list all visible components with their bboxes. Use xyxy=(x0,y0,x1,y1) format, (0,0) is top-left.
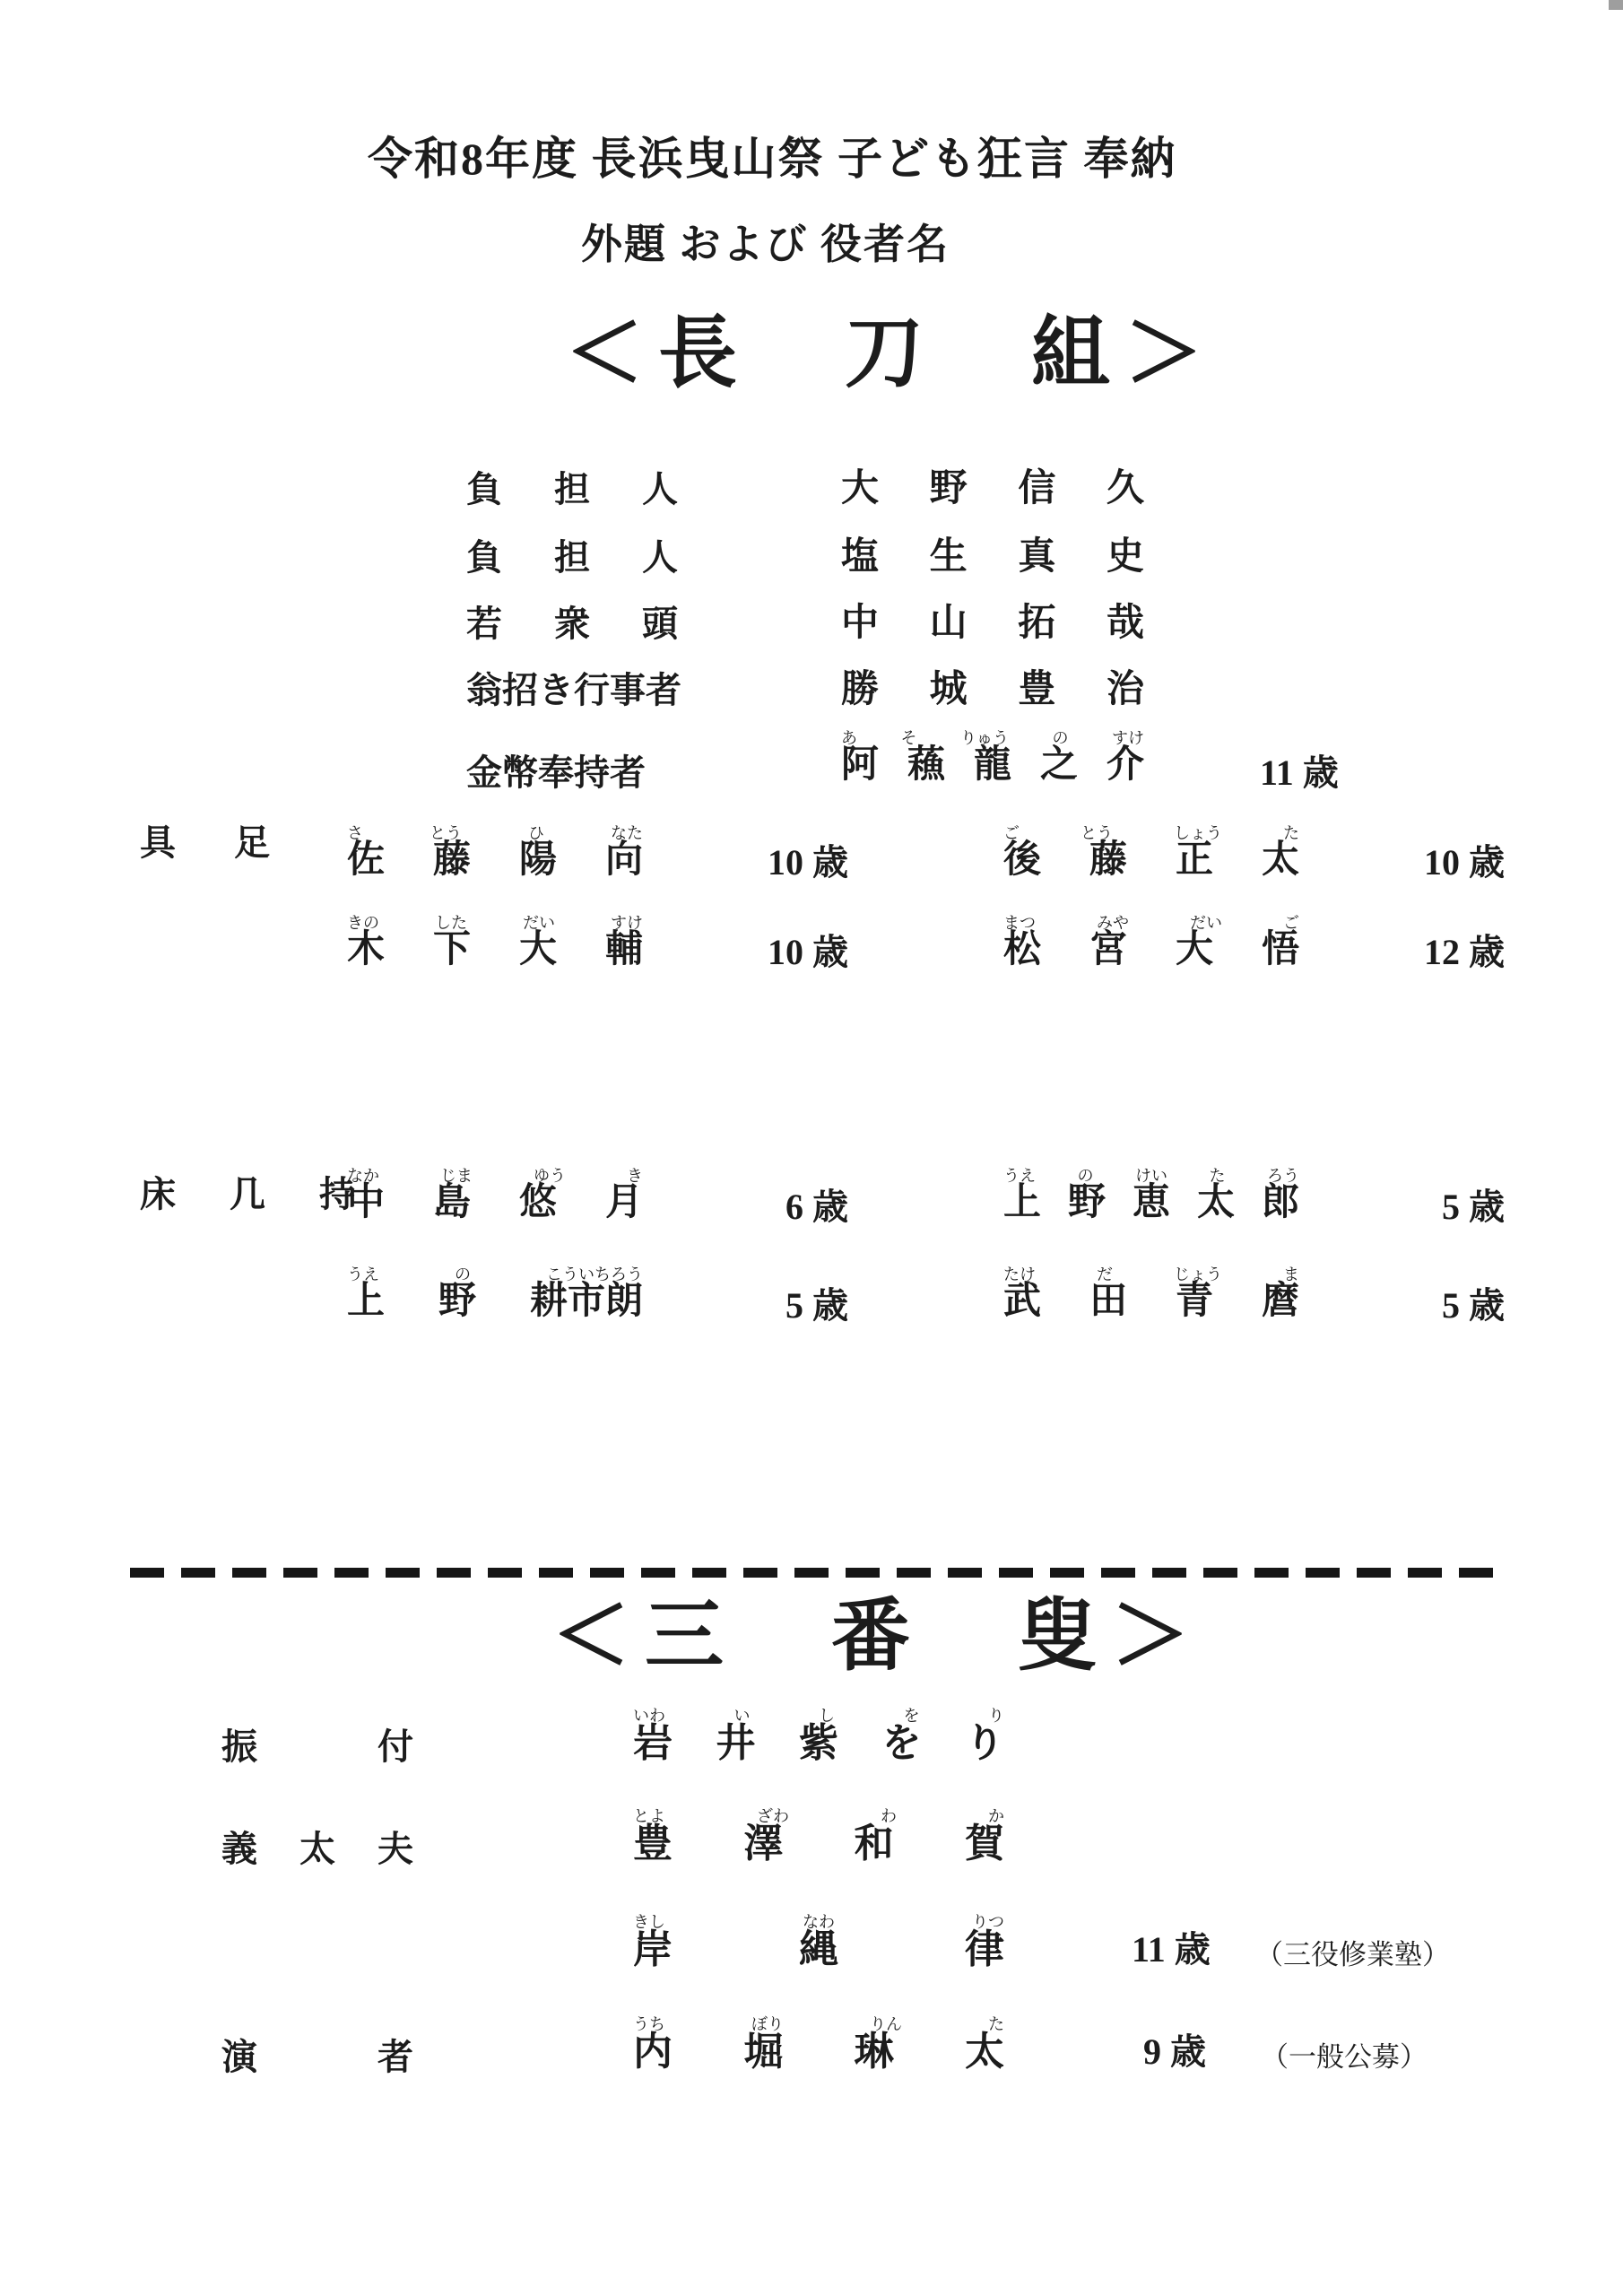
section-label-shogi: 床 几 持 xyxy=(140,1177,355,1213)
furigana: とよ ざわ わ か xyxy=(633,1801,1004,1824)
officer-role: 負 担 人 xyxy=(466,472,678,508)
group-heading-naginata: ＜長 刀 組＞ xyxy=(565,316,1218,395)
age-label: 5 歳 xyxy=(1374,1288,1505,1324)
cast-entry: なか じま ゆう き 中 島 悠 月 xyxy=(347,1161,643,1222)
cast-name: 岸 縄 律 xyxy=(633,1930,1004,1970)
role-label-furitsuke: 振 付 xyxy=(221,1729,413,1765)
cast-entry: ご とう しょう た 後 藤 正 太 xyxy=(1003,818,1299,879)
furigana: たけ だ じょう ま xyxy=(1003,1259,1299,1283)
furigana: ご とう しょう た xyxy=(1003,818,1299,841)
age-label: 9 歳 xyxy=(1143,2034,1206,2070)
cast-name: 佐 藤 陽 向 xyxy=(347,841,643,879)
scan-artifact xyxy=(1609,0,1623,10)
officer-name: 阿 蘓 龍 之 介 xyxy=(841,746,1144,784)
furigana: うえ の けい た ろう xyxy=(1003,1161,1299,1184)
furigana: うち ぼり りん た xyxy=(633,2009,1004,2032)
cast-entry: まつ みや だい ご 松 宮 大 悟 xyxy=(1003,908,1299,969)
document-title: 令和8年度 長浜曳山祭 子ども狂言 奉納 xyxy=(368,136,1177,181)
age-label: 10 歳 xyxy=(717,845,848,881)
cast-entry: うえ の こういちろう 上 野 耕市朗 xyxy=(347,1259,643,1320)
cast-entry: きし なわ りつ 岸 縄 律 xyxy=(633,1907,1004,1970)
cast-name: 上 野 耕市朗 xyxy=(347,1283,643,1320)
cast-name: 豊 澤 和 賀 xyxy=(633,1824,1004,1864)
age-label: 5 歳 xyxy=(1374,1189,1505,1225)
cast-name: 上 野 恵 太 郎 xyxy=(1003,1184,1299,1222)
age-label: 10 歳 xyxy=(717,935,848,970)
cast-name: 木 下 大 輔 xyxy=(347,931,643,969)
cast-name: 内 堀 琳 太 xyxy=(633,2032,1004,2072)
cast-entry: とよ ざわ わ か 豊 澤 和 賀 xyxy=(633,1801,1004,1864)
officer-role: 翁招き行事者 xyxy=(466,673,678,709)
cast-entry: うえ の けい た ろう 上 野 恵 太 郎 xyxy=(1003,1161,1299,1222)
age-label: 11 歳 xyxy=(1132,1932,1211,1968)
officer-name-with-furigana: あ そ りゅう の すけ 阿 蘓 龍 之 介 xyxy=(841,723,1144,784)
furigana: うえ の こういちろう xyxy=(347,1259,643,1283)
officer-name: 塩 生 真 史 xyxy=(841,538,1144,576)
officer-role: 金幣奉持者 xyxy=(466,755,678,791)
cast-entry: いわ い し を り 岩 井 紫 を り xyxy=(633,1700,1004,1763)
furigana: さ とう ひ なた xyxy=(347,818,643,841)
cast-entry: うち ぼり りん た 内 堀 琳 太 xyxy=(633,2009,1004,2072)
age-label: 11 歳 xyxy=(1260,755,1339,791)
cast-entry: きの した だい すけ 木 下 大 輔 xyxy=(347,908,643,969)
officer-role: 若 衆 頭 xyxy=(466,606,678,642)
cast-name: 松 宮 大 悟 xyxy=(1003,931,1299,969)
document-subtitle: 外題 および 役者名 xyxy=(581,224,950,265)
age-label: 10 歳 xyxy=(1374,845,1505,881)
furigana: なか じま ゆう き xyxy=(347,1161,643,1184)
section-label-gusoku: 具 足 xyxy=(140,825,270,861)
document-page: 令和8年度 長浜曳山祭 子ども狂言 奉納 外題 および 役者名 ＜長 刀 組＞ … xyxy=(0,0,1623,2296)
role-label-gidayu: 義 太 夫 xyxy=(221,1831,413,1867)
age-label: 5 歳 xyxy=(717,1288,848,1324)
note-label: （一般公募） xyxy=(1261,2043,1428,2071)
cast-name: 後 藤 正 太 xyxy=(1003,841,1299,879)
age-label: 6 歳 xyxy=(717,1189,848,1225)
furigana: あ そ りゅう の すけ xyxy=(841,723,1144,746)
furigana: まつ みや だい ご xyxy=(1003,908,1299,931)
officer-name: 大 野 信 久 xyxy=(841,470,1144,508)
officer-name: 中 山 拓 哉 xyxy=(841,604,1144,642)
cast-entry: さ とう ひ なた 佐 藤 陽 向 xyxy=(347,818,643,879)
separator-line xyxy=(130,1568,1495,1578)
cast-name: 武 田 青 麿 xyxy=(1003,1283,1299,1320)
officer-name: 勝 城 豊 治 xyxy=(841,671,1144,709)
furigana: きの した だい すけ xyxy=(347,908,643,931)
officer-role: 負 担 人 xyxy=(466,540,678,576)
cast-name: 中 島 悠 月 xyxy=(347,1184,643,1222)
group-heading-sanbaso: ＜三 番 叟＞ xyxy=(551,1598,1204,1677)
cast-entry: たけ だ じょう ま 武 田 青 麿 xyxy=(1003,1259,1299,1320)
role-label-enja: 演 者 xyxy=(221,2039,413,2075)
cast-name: 岩 井 紫 を り xyxy=(633,1724,1004,1763)
note-label: （三役修業塾） xyxy=(1255,1941,1450,1969)
age-label: 12 歳 xyxy=(1374,935,1505,970)
